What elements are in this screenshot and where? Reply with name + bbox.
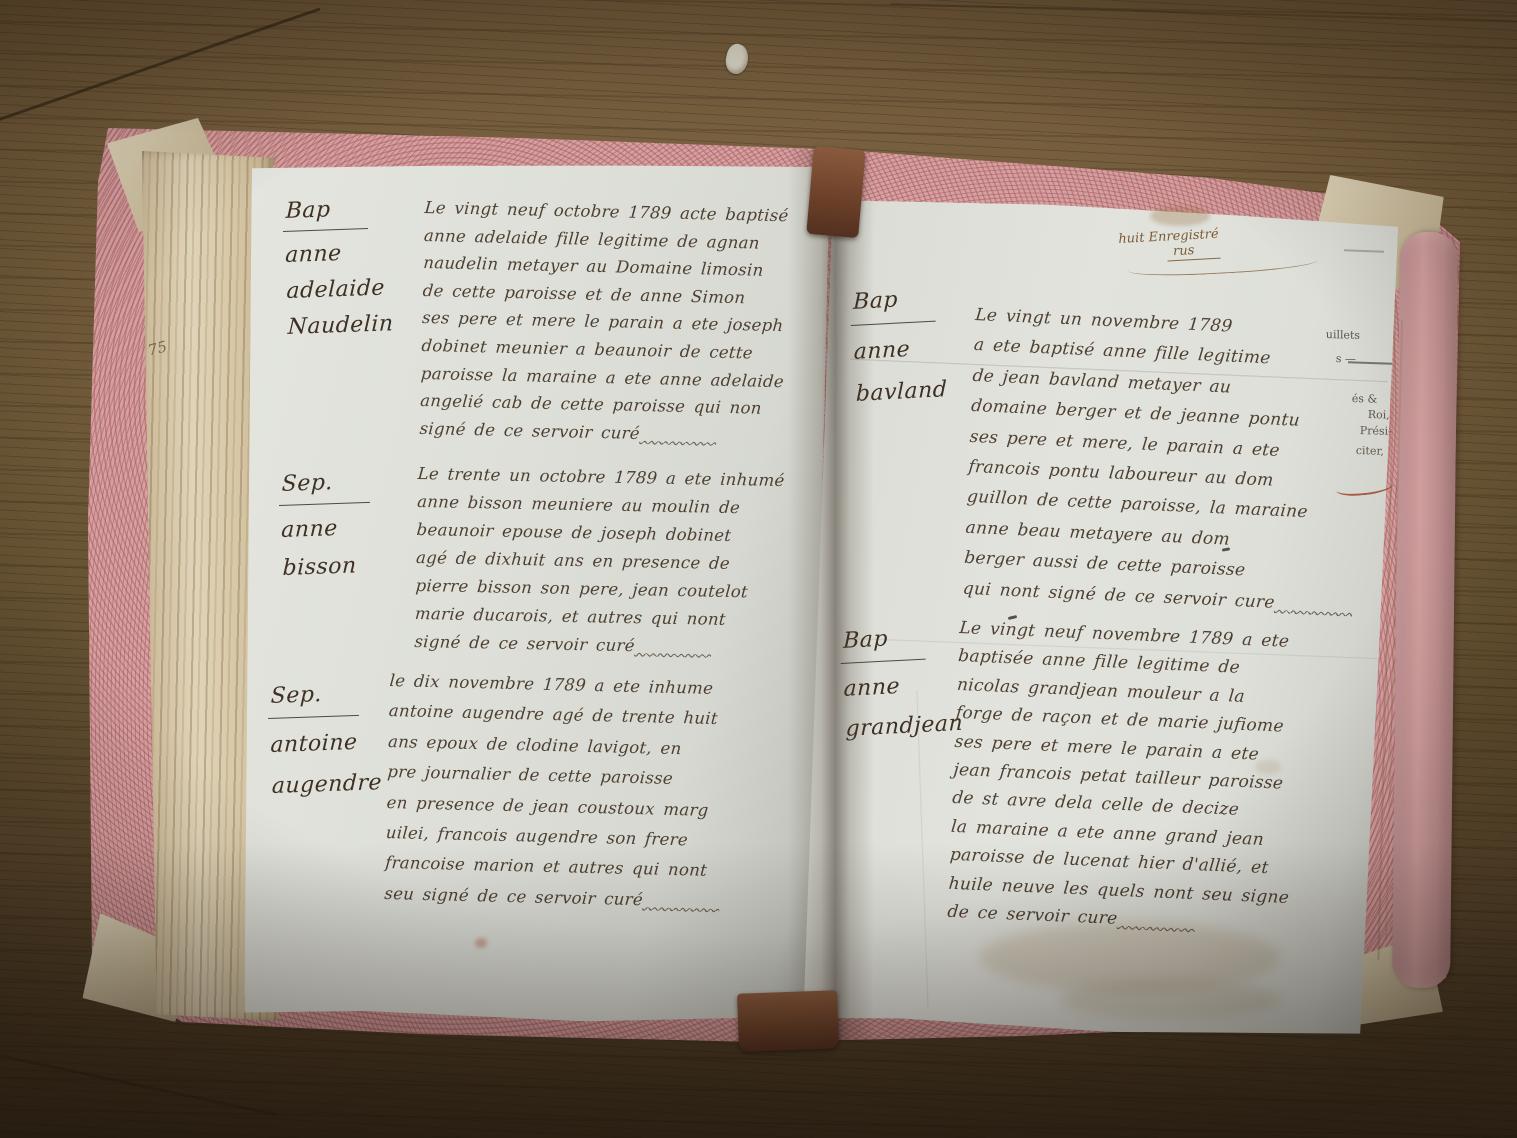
margin-word: Naudelin [287,306,394,346]
right-entry-2-record-text: Le vingt neuf novembre 1789 a etebaptisé… [947,614,1300,940]
leather-spine-top [806,146,865,238]
margin-word: antoine [270,721,382,766]
signature-flourish [634,636,712,656]
left-entry-3-record-text: le dix novembre 1789 a ete inhumeantoine… [384,666,725,917]
margin-word: anne [281,509,373,550]
margin-word: Bap [283,191,369,232]
paper-stain [1060,980,1280,1020]
leather-spine-bottom [737,990,839,1051]
margin-annotation: huit Enregistré rus [1118,227,1221,264]
foxing-spot [1150,206,1210,226]
margin-word: bavland [856,369,948,416]
right-entry-2-margin-label: Bapannegrandjean [840,616,964,750]
signature-flourish [1274,593,1354,616]
margin-word: anne [843,664,961,710]
margin-word: anne [285,234,392,274]
foxing-spot [475,938,487,948]
margin-word: augendre [271,762,383,807]
margin-word: grandjean [845,704,963,750]
right-entry-1-record-text: Le vingt un novembre 1789a ete baptisé a… [962,300,1366,621]
left-entry-3-margin-label: Sep.antoineaugendre [268,672,383,807]
margin-word: bisson [282,547,374,588]
margin-word: Bap [841,617,926,664]
margin-word: Sep. [279,463,372,506]
margin-word: Sep. [268,673,361,719]
left-entry-1-record-text: Le vingt neuf octobre 1789 acte baptiséa… [419,194,789,451]
left-entry-2-margin-label: Sep.annebisson [279,463,374,588]
photograph-scene: huit Enregistré rus 75 uilletss —és &Roi… [0,0,1517,1138]
right-entry-1-margin-label: Bapannebavland [850,277,948,416]
margin-word: anne [853,327,945,374]
margin-word: adelaide [286,270,393,310]
margin-word: Bap [851,277,937,326]
signature-flourish [1117,909,1197,932]
signature-flourish [639,424,717,445]
left-entry-1-margin-label: BapanneadelaideNaudelin [283,190,394,346]
left-entry-2-record-text: Le trente un octobre 1789 a ete inhuméan… [414,460,785,663]
signature-flourish [642,890,720,911]
printed-fragment: Roi, [1368,408,1390,422]
printed-fragment: Prési- [1360,424,1392,438]
